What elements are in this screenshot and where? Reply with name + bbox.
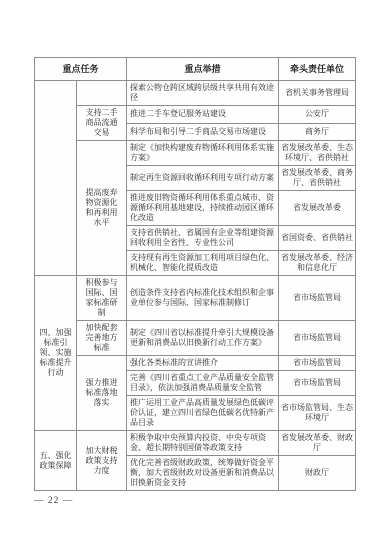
unit-cell: 省发展改革委、财政厅 [279,431,356,456]
table-row: 支持二手商品流通交易 推进二手车登记服务站建设 公安厅 [35,106,356,124]
measure-cell: 优化完善省级财政政策，统筹做好资金平衡，加大省级财政对设备更新和消费品以旧换新资… [127,456,279,491]
unit-cell: 商务厅 [279,123,356,141]
sub-group-second-hand-cell: 支持二手商品流通交易 [77,106,127,141]
unit-cell: 省市场监管局 [279,276,356,321]
measure-cell: 推进废旧物资循环利用体系重点城市、资源循环利用基地建设，持续推动园区循环化改造 [127,191,279,226]
unit-cell: 省国资委、省供销社 [279,226,356,251]
measure-cell: 制定再生资源回收循环利用专项行动方案 [127,166,279,191]
header-task: 重点任务 [35,58,127,81]
task-group-empty-cell [35,81,77,276]
table-row: 提高废弃物资源化和再利用水平 制定《加快构建废弃物循环利用体系实施方案》 省发展… [35,141,356,166]
sub-group-local-standard-cell: 加快配套完善地方标准 [77,321,127,356]
key-tasks-table: 重点任务 重点举措 牵头责任单位 探索公物仓跨区域跨层级共享共用有效途径 省机关… [34,57,356,491]
unit-cell: 省发展改革委 [279,191,356,226]
measure-cell: 创造条件支持省内标准化技术组织和企事业单位参与国际、国家标准制修订 [127,276,279,321]
sub-group-intl-standard-cell: 积极参与国际、国家标准研制 [77,276,127,321]
table-row: 四、加强标准引领、实施标准提升行动 积极参与国际、国家标准研制 创造条件支持省内… [35,276,356,321]
measure-cell: 制定《加快构建废弃物循环利用体系实施方案》 [127,141,279,166]
unit-cell: 财政厅 [279,456,356,491]
measure-cell: 完善《四川省重点工业产品质量安全监管目录》，依法加强消费品质量安全监管 [127,371,279,396]
task-group-4-cell: 四、加强标准引领、实施标准提升行动 [35,276,77,431]
measure-cell: 制定《四川省以标准提升牵引大规模设备更新和消费品以旧换新行动工作方案》 [127,321,279,356]
table-row: 加快配套完善地方标准 制定《四川省以标准提升牵引大规模设备更新和消费品以旧换新行… [35,321,356,356]
table-row: 五、强化政策保障 加大财税政策支持力度 积极争取中央预算内投资、中央专项资金、超… [35,431,356,456]
header-unit: 牵头责任单位 [279,58,356,81]
unit-cell: 省发展改革委、经济和信息化厅 [279,251,356,276]
measure-cell: 支持省供销社、省属国有企业等组建资源回收利用全省性、专业性公司 [127,226,279,251]
sub-group-fiscal-support-cell: 加大财税政策支持力度 [77,431,127,491]
unit-cell: 省市场监管局 [279,321,356,356]
measure-cell: 推广运用工业产品高质量发展绿色低碳评价认证，建立四川省绿色低碳名优特新产品目录 [127,396,279,431]
measure-cell: 科学布局和引导二手商品交易市场建设 [127,123,279,141]
unit-cell: 公安厅 [279,106,356,124]
header-measure: 重点举措 [127,58,279,81]
unit-cell: 省发展改革委、商务厅、省供销社 [279,166,356,191]
measure-cell: 推进二手车登记服务站建设 [127,106,279,124]
task-group-5-cell: 五、强化政策保障 [35,431,77,491]
measure-cell: 支持现有再生资源加工利用项目绿色化、机械化、智能化提质改造 [127,251,279,276]
sub-group-waste-recycle-cell: 提高废弃物资源化和再利用水平 [77,141,127,276]
document-page: { "document": { "page_number": "— 22 —" … [0,0,390,551]
unit-cell: 省市场监管局 [279,356,356,371]
unit-cell: 省发展改革委、生态环境厅、省供销社 [279,141,356,166]
unit-cell: 省机关事务管理局 [279,81,356,106]
sub-group-standard-impl-cell: 强力推进标准落地落实 [77,356,127,431]
table-row: 探索公物仓跨区域跨层级共享共用有效途径 省机关事务管理局 [35,81,356,106]
measure-cell: 强化各类标准的宣讲推介 [127,356,279,371]
unit-cell: 省市场监管局 [279,371,356,396]
page-number: — 22 — [34,496,73,506]
measure-cell: 积极争取中央预算内投资、中央专项资金、超长期特别国债等政策支持 [127,431,279,456]
unit-cell: 省市场监管局、生态环境厅 [279,396,356,431]
sub-group-empty-cell [77,81,127,106]
table-row: 强力推进标准落地落实 强化各类标准的宣讲推介 省市场监管局 [35,356,356,371]
table-header-row: 重点任务 重点举措 牵头责任单位 [35,58,356,81]
measure-cell: 探索公物仓跨区域跨层级共享共用有效途径 [127,81,279,106]
